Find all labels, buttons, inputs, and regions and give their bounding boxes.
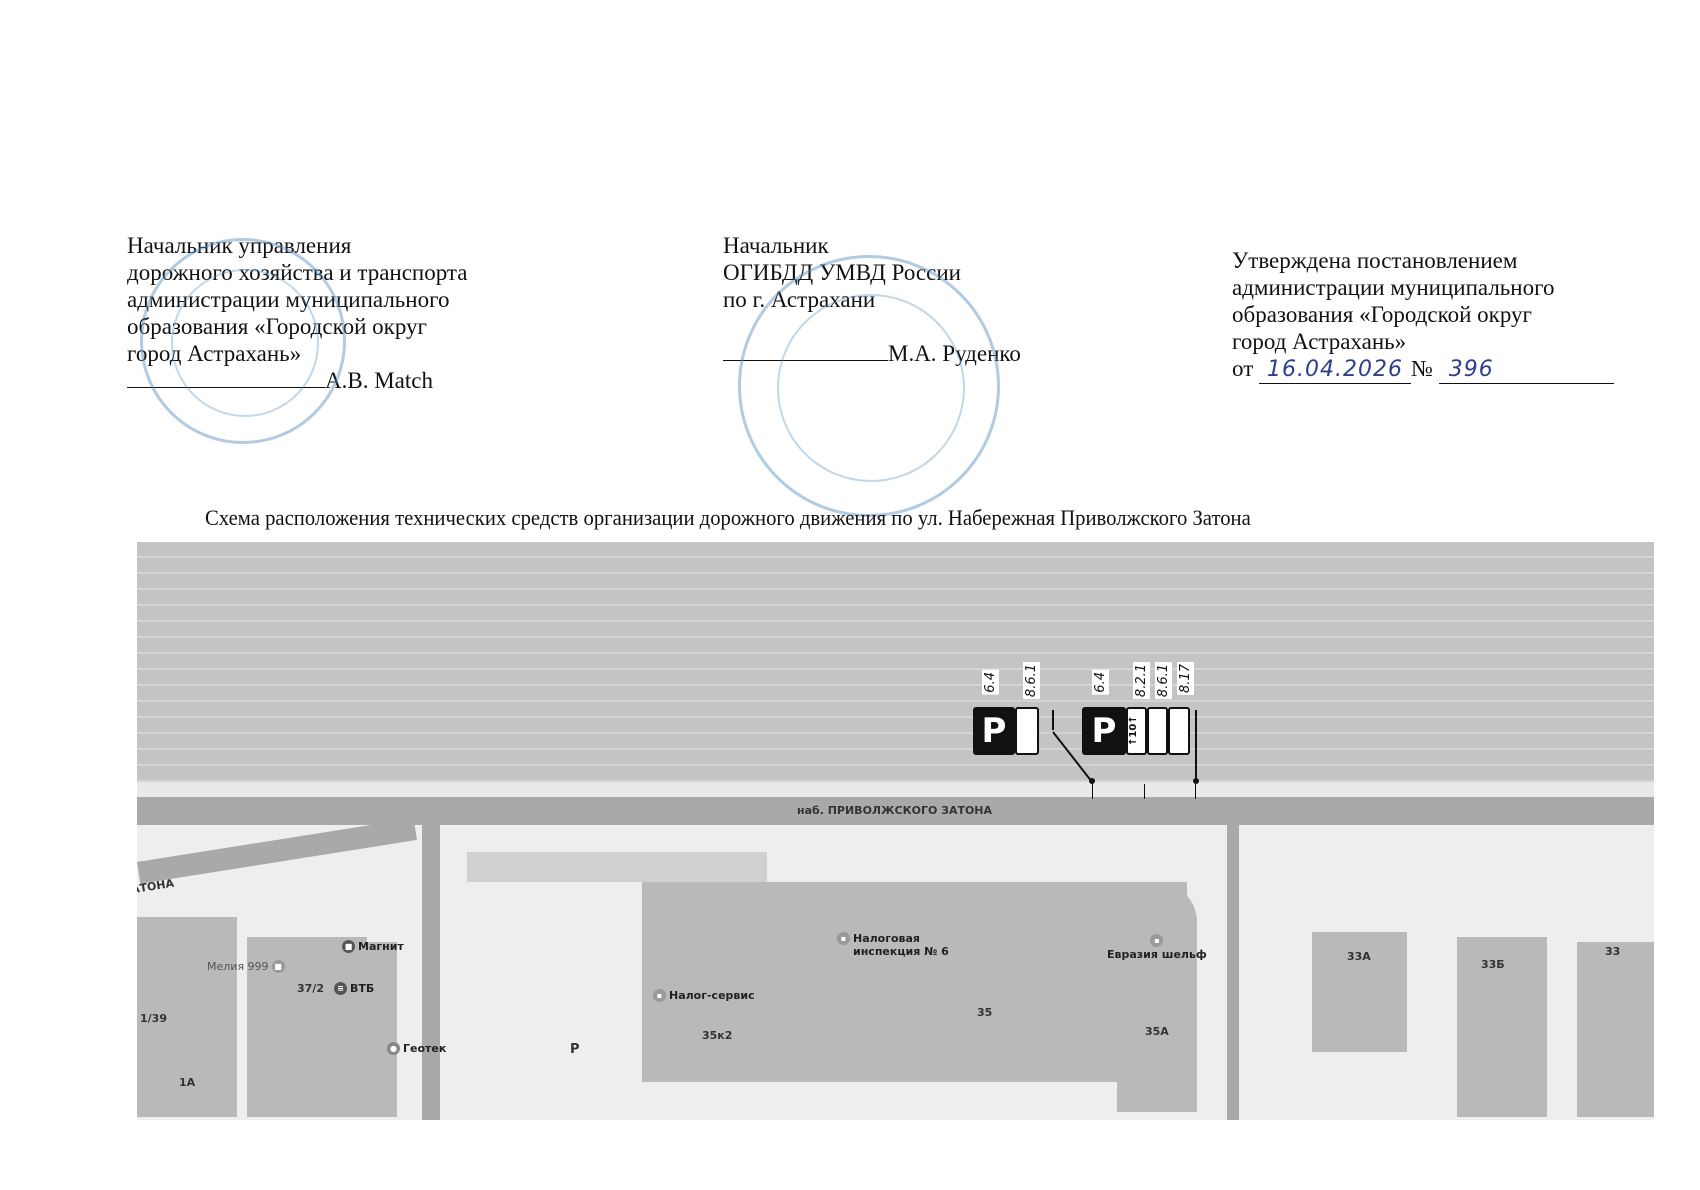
building-label: 35А <box>1145 1025 1169 1038</box>
distance-plate-icon[interactable]: ↑10↑ <box>1126 707 1147 755</box>
service-icon: ● <box>387 1042 400 1055</box>
tick <box>1144 784 1145 799</box>
building <box>367 942 397 1117</box>
poi-evraziya-shelf[interactable]: ▪Евразия шельф <box>1107 934 1207 961</box>
building-label: 1/39 <box>140 1012 167 1025</box>
poi-tax-office[interactable]: ▪Налоговаяинспекция № 6 <box>837 932 949 958</box>
building-35a <box>1117 882 1197 1112</box>
shop-icon: ■ <box>342 940 355 953</box>
building-35 <box>642 882 1187 1082</box>
building-label: 33 <box>1605 945 1620 958</box>
poi-vtb[interactable]: ≡ВТБ <box>334 982 374 995</box>
side-road <box>1227 825 1239 1120</box>
date-value: 16.04.2026 <box>1259 356 1411 384</box>
factory-icon: ▪ <box>1150 934 1163 947</box>
sign-post <box>1052 710 1054 730</box>
tick <box>1092 784 1093 799</box>
sign-post <box>1195 710 1197 780</box>
car-parking-plate-icon[interactable] <box>1015 707 1039 755</box>
poi-nalog-servis[interactable]: ▪Налог-сервис <box>653 989 755 1002</box>
approval-line: Утверждена постановлением <box>1232 247 1614 274</box>
building-label: 33Б <box>1481 958 1505 971</box>
flag-icon: ▪ <box>837 932 850 945</box>
approval-block-right: Утверждена постановлением администрации … <box>1232 247 1614 384</box>
stamp-icon <box>140 238 346 444</box>
embankment-area <box>137 542 1654 782</box>
parking-label: Р <box>570 1042 580 1057</box>
building-label: 33А <box>1347 950 1371 963</box>
date-prefix: от <box>1232 356 1253 381</box>
street-label: наб. ПРИВОЛЖСКОГО ЗАТОНА <box>797 804 992 817</box>
number-prefix: № <box>1411 356 1433 381</box>
building-label: 35к2 <box>702 1029 732 1042</box>
approval-line: город Астрахань» <box>1232 328 1614 355</box>
sign-code: 8.6.1 <box>1155 662 1172 699</box>
sign-code: 8.6.1 <box>1023 662 1040 699</box>
sign-code: 8.17 <box>1177 662 1194 695</box>
building-label: 35 <box>977 1006 992 1019</box>
number-value: 396 <box>1439 356 1614 384</box>
car-parking-plate-icon[interactable] <box>1147 707 1168 755</box>
bank-icon: ≡ <box>334 982 347 995</box>
site-map: наб. ПРИВОЛЖСКОГО ЗАТОНА на АТОНА 37/2 1… <box>137 542 1654 1120</box>
sign-code: 6.4 <box>1092 670 1109 695</box>
sign-code: 6.4 <box>982 670 999 695</box>
building-33 <box>1577 942 1654 1117</box>
approval-line: администрации муниципального <box>1232 274 1614 301</box>
disabled-plate-icon[interactable] <box>1168 707 1190 755</box>
poi-geotek[interactable]: ●Геотек <box>387 1042 446 1055</box>
document-title: Схема расположения технических средств о… <box>205 505 1251 531</box>
poi-magnit[interactable]: ■Магнит <box>342 940 404 953</box>
parking-sign-icon[interactable]: P <box>973 707 1015 755</box>
approval-line: образования «Городской округ <box>1232 301 1614 328</box>
sign-location-marker <box>1193 778 1199 784</box>
sign-code: 8.2.1 <box>1133 662 1150 699</box>
parking-sign-icon[interactable]: P <box>1082 707 1126 755</box>
building-label: 1А <box>179 1076 195 1089</box>
side-road <box>422 825 440 1120</box>
stamp-icon <box>738 255 1000 517</box>
building-label: 37/2 <box>297 982 324 995</box>
poi-melia[interactable]: Мелия 999■ <box>207 960 285 973</box>
shop-icon: ■ <box>272 960 285 973</box>
flag-icon: ▪ <box>653 989 666 1002</box>
tick <box>1195 784 1196 799</box>
building <box>467 852 767 882</box>
